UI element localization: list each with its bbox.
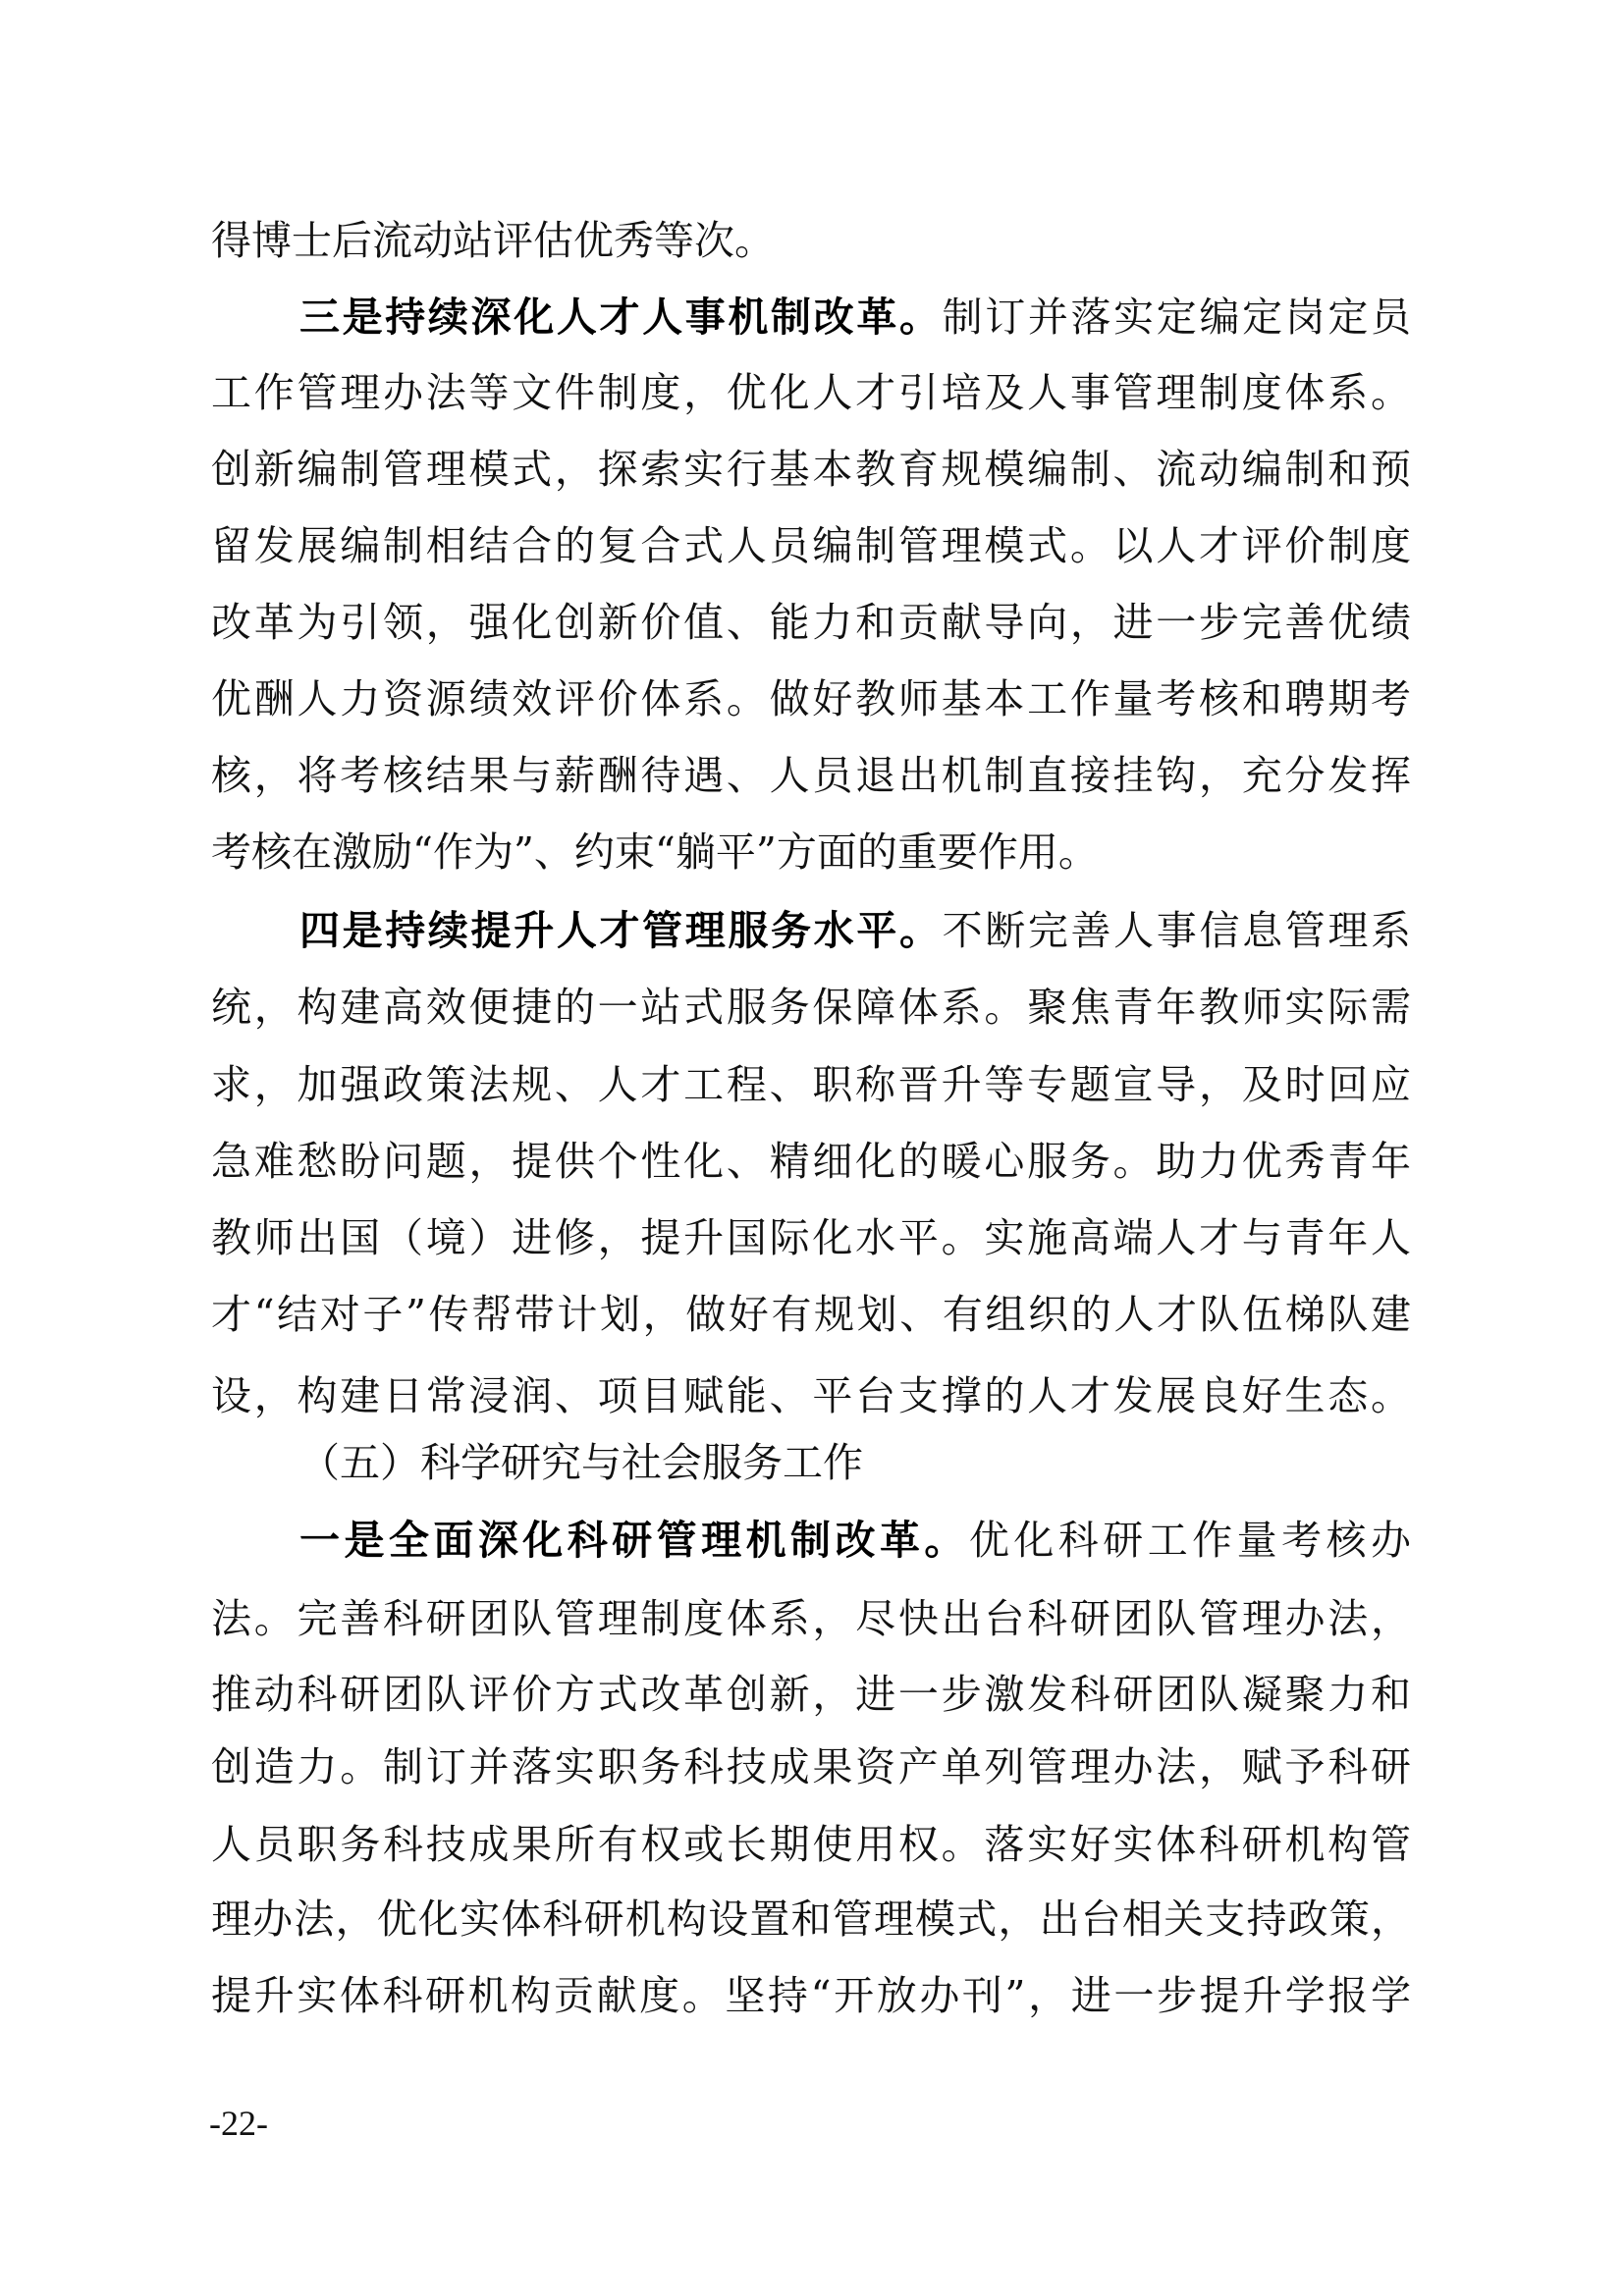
paragraph-line: 急难愁盼问题，提供个性化、精细化的暖心服务。助力优秀青年 [211,1136,1411,1187]
line-text: 教师出国（境）进修，提升国际化水平。实施高端人才与青年人 [211,1214,1411,1261]
line-text: 考核在激励“作为”、约束“躺平”方面的重要作用。 [211,828,1099,876]
paragraph-lead-bold: 三是持续深化人才人事机制改革。 [299,294,943,341]
paragraph-line: 法。完善科研团队管理制度体系，尽快出台科研团队管理办法， [211,1593,1411,1644]
line-text: 优酬人力资源绩效评价体系。做好教师基本工作量考核和聘期考 [211,675,1411,722]
section-heading-text: （五）科学研究与社会服务工作 [299,1439,863,1486]
paragraph-lead-bold: 一是全面深化科研管理机制改革。 [299,1517,969,1564]
line-text: 设，构建日常浸润、项目赋能、平台支撑的人才发展良好生态。 [211,1372,1411,1419]
paragraph-line: 得博士后流动站评估优秀等次。 [211,215,1411,266]
paragraph-line: 才“结对子”传帮带计划，做好有规划、有组织的人才队伍梯队建 [211,1289,1411,1340]
paragraph-line: 人员职务科技成果所有权或长期使用权。落实好实体科研机构管 [211,1819,1411,1870]
page-number: -22- [209,2101,268,2146]
paragraph-line: 教师出国（境）进修，提升国际化水平。实施高端人才与青年人 [211,1212,1411,1263]
paragraph-line: 求，加强政策法规、人才工程、职称晋升等专题宣导，及时回应 [211,1059,1411,1110]
line-text: 创新编制管理模式，探索实行基本教育规模编制、流动编制和预 [211,446,1411,493]
line-text: 留发展编制相结合的复合式人员编制管理模式。以人才评价制度 [211,522,1411,569]
paragraph-line: 考核在激励“作为”、约束“躺平”方面的重要作用。 [211,827,1411,878]
line-text: 理办法，优化实体科研机构设置和管理模式，出台相关支持政策， [211,1896,1411,1943]
paragraph-line: 创造力。制订并落实职务科技成果资产单列管理办法，赋予科研 [211,1741,1411,1792]
line-text: 制订并落实定编定岗定员 [943,294,1411,341]
line-text: 工作管理办法等文件制度，优化人才引培及人事管理制度体系。 [211,369,1411,416]
document-page: 得博士后流动站评估优秀等次。 三是持续深化人才人事机制改革。制订并落实定编定岗定… [0,0,1624,2296]
paragraph-line: 核，将考核结果与薪酬待遇、人员退出机制直接挂钩，充分发挥 [211,750,1411,801]
section-heading: （五）科学研究与社会服务工作 [299,1437,1411,1488]
line-text: 推动科研团队评价方式改革创新，进一步激发科研团队凝聚力和 [211,1671,1411,1718]
line-text: 统，构建高效便捷的一站式服务保障体系。聚焦青年教师实际需 [211,984,1411,1031]
paragraph-line: 理办法，优化实体科研机构设置和管理模式，出台相关支持政策， [211,1894,1411,1945]
paragraph-line: 提升实体科研机构贡献度。坚持“开放办刊”，进一步提升学报学 [211,1970,1411,2021]
line-text: 人员职务科技成果所有权或长期使用权。落实好实体科研机构管 [211,1821,1411,1868]
line-text: 创造力。制订并落实职务科技成果资产单列管理办法，赋予科研 [211,1743,1411,1790]
line-text: 才“结对子”传帮带计划，做好有规划、有组织的人才队伍梯队建 [211,1291,1411,1338]
paragraph-line: 推动科研团队评价方式改革创新，进一步激发科研团队凝聚力和 [211,1669,1411,1720]
line-text: 急难愁盼问题，提供个性化、精细化的暖心服务。助力优秀青年 [211,1138,1411,1185]
paragraph-lead-bold: 四是持续提升人才管理服务水平。 [299,907,943,954]
line-text: 提升实体科研机构贡献度。坚持“开放办刊”，进一步提升学报学 [211,1972,1411,2019]
paragraph-line: 优酬人力资源绩效评价体系。做好教师基本工作量考核和聘期考 [211,673,1411,724]
line-text: 得博士后流动站评估优秀等次。 [211,217,775,264]
paragraph-line: 设，构建日常浸润、项目赋能、平台支撑的人才发展良好生态。 [211,1370,1411,1421]
line-text: 改革为引领，强化创新价值、能力和贡献导向，进一步完善优绩 [211,599,1411,646]
paragraph-line: 创新编制管理模式，探索实行基本教育规模编制、流动编制和预 [211,444,1411,495]
paragraph-line: 三是持续深化人才人事机制改革。制订并落实定编定岗定员 [299,292,1411,343]
line-text: 优化科研工作量考核办 [969,1517,1411,1564]
paragraph-line: 一是全面深化科研管理机制改革。优化科研工作量考核办 [299,1515,1411,1566]
paragraph-line: 留发展编制相结合的复合式人员编制管理模式。以人才评价制度 [211,520,1411,571]
paragraph-line: 统，构建高效便捷的一站式服务保障体系。聚焦青年教师实际需 [211,982,1411,1033]
line-text: 求，加强政策法规、人才工程、职称晋升等专题宣导，及时回应 [211,1061,1411,1108]
line-text: 核，将考核结果与薪酬待遇、人员退出机制直接挂钩，充分发挥 [211,752,1411,799]
paragraph-line: 四是持续提升人才管理服务水平。不断完善人事信息管理系 [299,905,1411,956]
paragraph-line: 工作管理办法等文件制度，优化人才引培及人事管理制度体系。 [211,367,1411,418]
line-text: 法。完善科研团队管理制度体系，尽快出台科研团队管理办法， [211,1595,1411,1642]
paragraph-line: 改革为引领，强化创新价值、能力和贡献导向，进一步完善优绩 [211,597,1411,648]
line-text: 不断完善人事信息管理系 [943,907,1411,954]
